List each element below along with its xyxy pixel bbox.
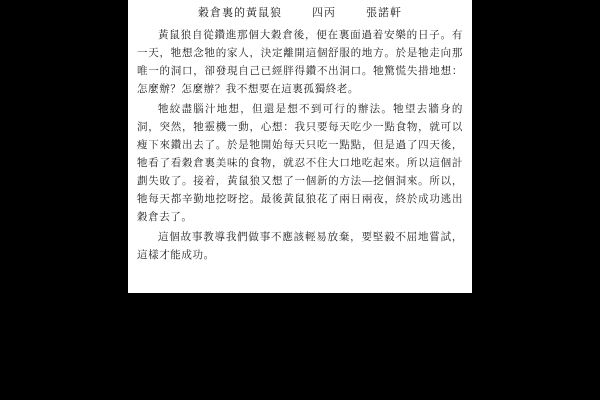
essay-paragraph-3: 這個故事教導我們做事不應該輕易放棄，要堅毅不屈地嘗試，這樣才能成功。 <box>137 229 463 265</box>
class-label: 四丙 <box>312 5 336 21</box>
viewer-background: 穀倉裏的黃鼠狼 四丙 張諾軒 黃鼠狼自從鑽進那個大穀倉後，便在裏面過着安樂的日子… <box>0 0 600 400</box>
essay-body: 黃鼠狼自從鑽進那個大穀倉後，便在裏面過着安樂的日子。有一天，牠想念牠的家人，決定… <box>137 27 463 265</box>
essay-paragraph-1: 黃鼠狼自從鑽進那個大穀倉後，便在裏面過着安樂的日子。有一天，牠想念牠的家人，決定… <box>137 27 463 99</box>
document-title: 穀倉裏的黃鼠狼 <box>198 5 282 21</box>
essay-paragraph-2: 牠絞盡腦汁地想，但還是想不到可行的辦法。牠望去牆身的洞，突然，牠靈機一動，心想：… <box>137 101 463 227</box>
author-name: 張諾軒 <box>366 5 402 21</box>
document-title-row: 穀倉裏的黃鼠狼 四丙 張諾軒 <box>137 5 463 21</box>
document-page: 穀倉裏的黃鼠狼 四丙 張諾軒 黃鼠狼自從鑽進那個大穀倉後，便在裏面過着安樂的日子… <box>128 0 472 293</box>
